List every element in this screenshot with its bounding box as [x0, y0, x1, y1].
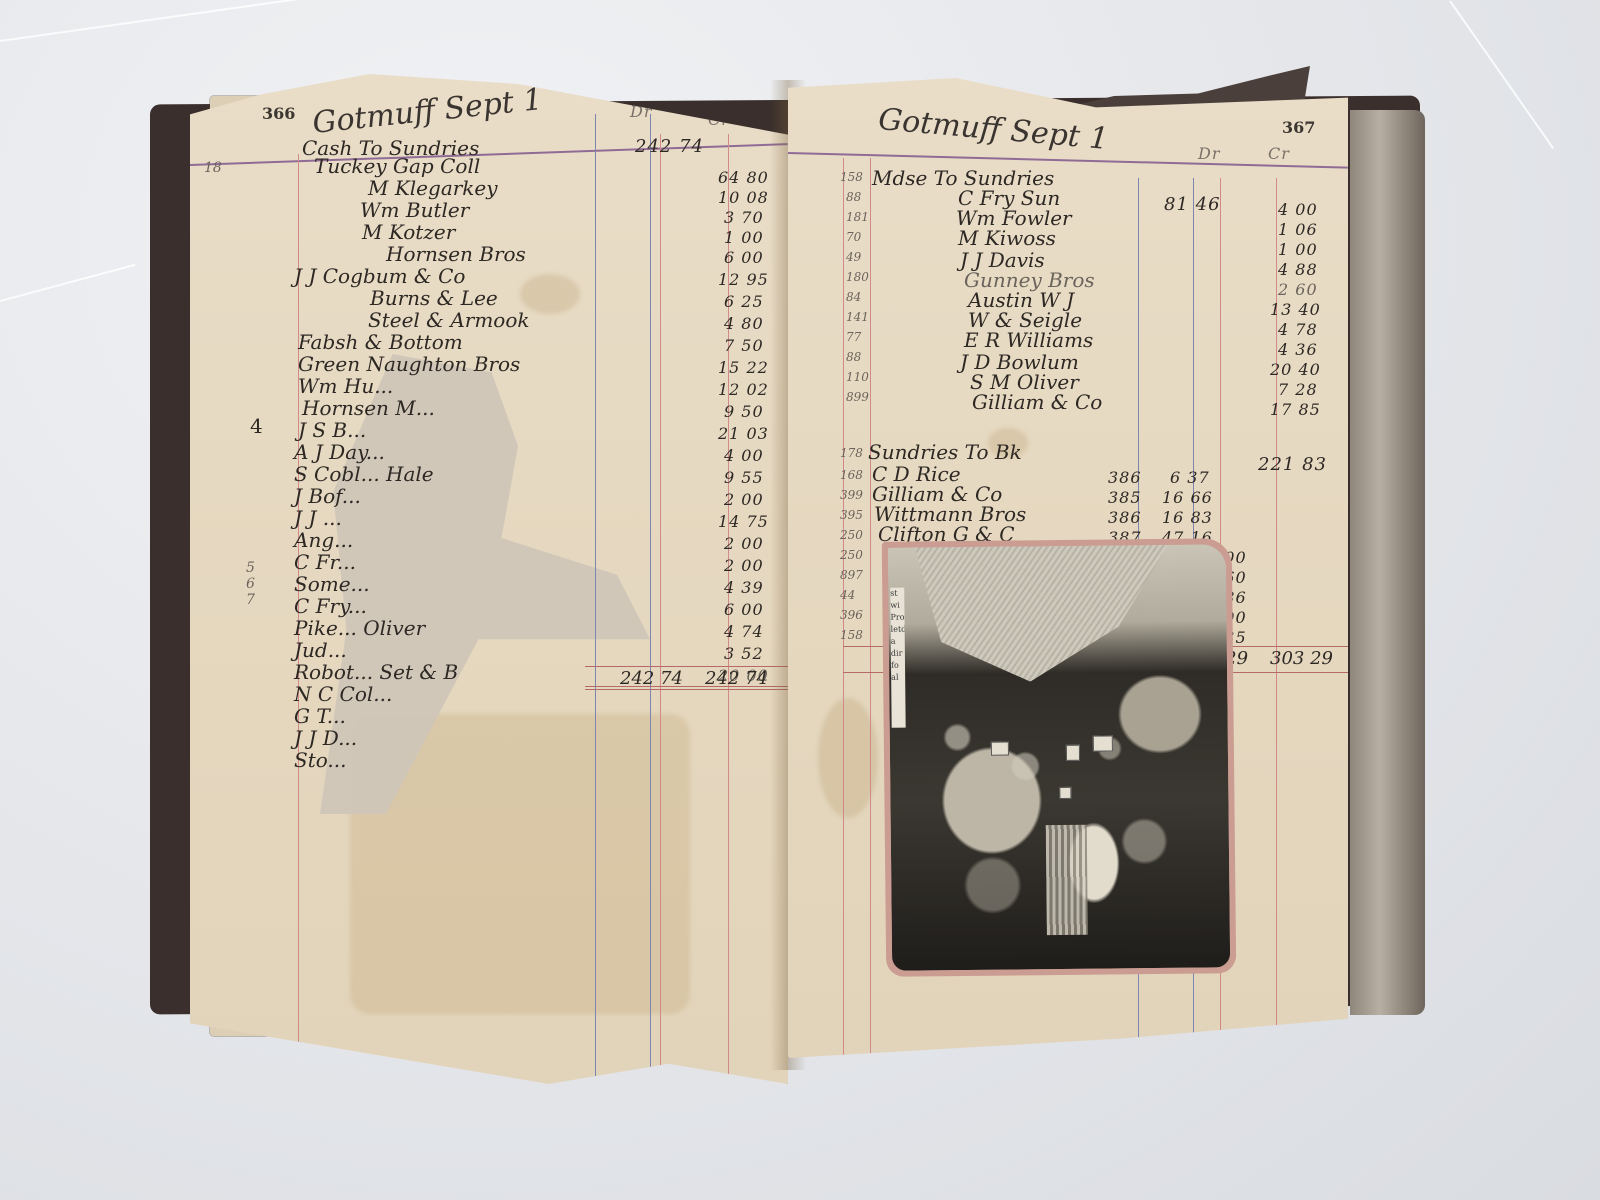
- water-stain: [818, 698, 878, 818]
- entry-name: Hornsen M...: [302, 396, 435, 420]
- entry-name: Sundries To Bk: [868, 440, 1022, 464]
- column-rule: [595, 114, 596, 1084]
- folio-number: 158: [840, 628, 863, 642]
- entry-amount: 1 00: [724, 228, 764, 247]
- entry-name: Wm Butler: [360, 198, 469, 222]
- photo-house: [1093, 736, 1113, 752]
- entry-amount: 4 88: [1278, 260, 1318, 279]
- margin-number: 7: [246, 592, 255, 608]
- entry-amount: 2 60: [1278, 280, 1318, 299]
- ledger-ref: 386: [1108, 508, 1142, 527]
- entry-amount: 12 02: [718, 380, 769, 399]
- page-heading: Gotmuff Sept 1: [311, 82, 544, 141]
- entry-amount: 6 00: [724, 248, 764, 267]
- entry-amount: 15 22: [718, 358, 769, 377]
- folio-number: 49: [846, 250, 861, 264]
- edge-text: letd: [891, 624, 905, 636]
- left-page: 366 18 Gotmuff Sept 1 242 74 Dr Cr Cash …: [190, 74, 788, 1084]
- entry-name: J J ...: [294, 506, 342, 530]
- edge-text: wi: [890, 600, 904, 612]
- ledger-ref: 385: [1108, 488, 1142, 507]
- folio-number: 395: [840, 508, 863, 522]
- folio-number: 88: [846, 350, 861, 364]
- entry-name: Robot... Set & B: [294, 660, 458, 684]
- photo-pagoda: [1066, 745, 1080, 761]
- folio-number: 897: [840, 568, 863, 582]
- entry-name: Pike... Oliver: [294, 616, 425, 640]
- edge-text: dir: [891, 648, 905, 660]
- entry-name: Sto...: [294, 748, 347, 772]
- entry-name: Hornsen Bros: [386, 242, 526, 266]
- folio-number: 180: [846, 270, 869, 284]
- edge-text: fo: [891, 660, 905, 672]
- folio-number: 168: [840, 468, 863, 482]
- entry-amount: 4 74: [724, 622, 764, 641]
- entry-name: J Bof...: [294, 484, 361, 508]
- entry-amount: 2 00: [724, 490, 764, 509]
- column-header-dr: Dr: [1198, 144, 1220, 163]
- margin-number: 4: [250, 414, 263, 438]
- folio-number: 77: [846, 330, 861, 344]
- entry-amount: 14 75: [718, 512, 769, 531]
- entry-amount: 7 50: [724, 336, 764, 355]
- folio-number: 158: [840, 170, 863, 184]
- entry-amount: 10 08: [718, 188, 769, 207]
- entry-name: S Cobl... Hale: [294, 462, 434, 486]
- entry-name: Steel & Armook: [368, 308, 530, 332]
- clipping-edge-text: st wi Pro letd a dir fo al: [890, 588, 905, 728]
- entry-amount: 6 25: [724, 292, 764, 311]
- folio-number: 88: [846, 190, 861, 204]
- total-debit: 242 74: [620, 668, 683, 689]
- photo-waterfall: [1046, 825, 1088, 935]
- entry-amount: 6 37: [1170, 468, 1210, 487]
- entry-amount: 64 80: [718, 168, 769, 187]
- entry-amount: 6 00: [724, 600, 764, 619]
- column-header-cr: Cr: [1268, 144, 1290, 163]
- margin-number: 6: [246, 576, 255, 592]
- entry-amount: 3 70: [724, 208, 764, 227]
- entry-name: Tuckey Gap Coll: [314, 154, 480, 178]
- folio-number: 84: [846, 290, 861, 304]
- entry-name: Fabsh & Bottom: [298, 330, 463, 354]
- entry-amount: 7 28: [1278, 380, 1318, 399]
- folio-number: 178: [840, 446, 863, 460]
- ledger-book: 35 366 18 Gotmuff Sept 1 242 74 Dr Cr Ca…: [0, 0, 1600, 1200]
- entry-amount: 12 95: [718, 270, 769, 289]
- photo-house: [991, 741, 1009, 755]
- folio-number: 44: [840, 588, 855, 602]
- entry-amount: 16 83: [1162, 508, 1213, 527]
- entry-amount: 9 50: [724, 402, 764, 421]
- entry-name: Burns & Lee: [370, 286, 498, 310]
- entry-amount: 20 40: [1270, 360, 1321, 379]
- edge-text: a: [891, 636, 905, 648]
- entry-name: J S B...: [298, 418, 366, 442]
- edge-text: al: [891, 672, 905, 684]
- entry-name: M Kotzer: [362, 220, 455, 244]
- page-heading: Gotmuff Sept 1: [877, 102, 1110, 157]
- folio-number: 70: [846, 230, 861, 244]
- photo-lantern: [1059, 787, 1071, 799]
- total-rule: [585, 666, 788, 667]
- entry-name: E R Williams: [964, 328, 1093, 352]
- entry-name: C Fry...: [294, 594, 367, 618]
- folio-number: 141: [846, 310, 869, 324]
- margin-number: 5: [246, 560, 255, 576]
- entry-name: G T...: [294, 704, 346, 728]
- credit-entry: 221 83: [1258, 454, 1327, 475]
- entry-name: J J D...: [294, 726, 357, 750]
- entry-amount: 4 78: [1278, 320, 1318, 339]
- entry-name: J J Cogbum & Co: [294, 264, 465, 288]
- entry-amount: 4 00: [724, 446, 764, 465]
- entry-amount: 9 55: [724, 468, 764, 487]
- waterfall-photo: st wi Pro letd a dir fo al: [888, 544, 1230, 971]
- folio-number: 250: [840, 528, 863, 542]
- entry-amount: 1 06: [1278, 220, 1318, 239]
- entry-name: C Fr...: [294, 550, 356, 574]
- margin-year: 18: [204, 160, 222, 176]
- folio-number: 110: [846, 370, 869, 384]
- folio-number: 899: [846, 390, 869, 404]
- column-rule: [660, 134, 661, 1084]
- debit-entry: 81 46: [1164, 194, 1221, 215]
- entry-name: Jud...: [294, 638, 347, 662]
- entry-amount: 3 52: [724, 644, 764, 663]
- book-cover-edge: [1350, 110, 1425, 1015]
- page-number: 367: [1282, 118, 1315, 137]
- entry-amount: 17 85: [1270, 400, 1321, 419]
- folio-number: 396: [840, 608, 863, 622]
- entry-amount: 4 36: [1278, 340, 1318, 359]
- folio-number: 399: [840, 488, 863, 502]
- total-credit: 242 74: [705, 668, 768, 689]
- entry-amount: 16 66: [1162, 488, 1213, 507]
- debit-entry: 242 74: [635, 136, 704, 157]
- margin-rule: [870, 158, 871, 1058]
- entry-amount: 1 00: [1278, 240, 1318, 259]
- newspaper-photo-clipping: st wi Pro letd a dir fo al: [882, 538, 1237, 977]
- entry-amount: 4 00: [1278, 200, 1318, 219]
- entry-name: Gilliam & Co: [972, 390, 1102, 414]
- entry-amount: 4 39: [724, 578, 764, 597]
- entry-name: Ang...: [294, 528, 353, 552]
- folio-number: 181: [846, 210, 869, 224]
- edge-text: st: [890, 588, 904, 600]
- entry-name: M Klegarkey: [368, 176, 498, 200]
- ledger-ref: 386: [1108, 468, 1142, 487]
- entry-amount: 21 03: [718, 424, 769, 443]
- entry-amount: 13 40: [1270, 300, 1321, 319]
- total-rule: [585, 689, 788, 690]
- entry-name: M Kiwoss: [958, 226, 1056, 250]
- total-credit: 303 29: [1270, 648, 1333, 669]
- entry-name: N C Col...: [294, 682, 392, 706]
- page-number: 366: [262, 104, 295, 123]
- entry-name: A J Day...: [294, 440, 385, 464]
- entry-amount: 2 00: [724, 556, 764, 575]
- folio-number: 250: [840, 548, 863, 562]
- entry-amount: 2 00: [724, 534, 764, 553]
- entry-name: Some...: [294, 572, 370, 596]
- edge-text: Pro: [890, 612, 904, 624]
- entry-amount: 4 80: [724, 314, 764, 333]
- column-rule: [650, 114, 651, 1084]
- entry-name: Green Naughton Bros: [298, 352, 520, 376]
- entry-name: Wm Hu...: [298, 374, 393, 398]
